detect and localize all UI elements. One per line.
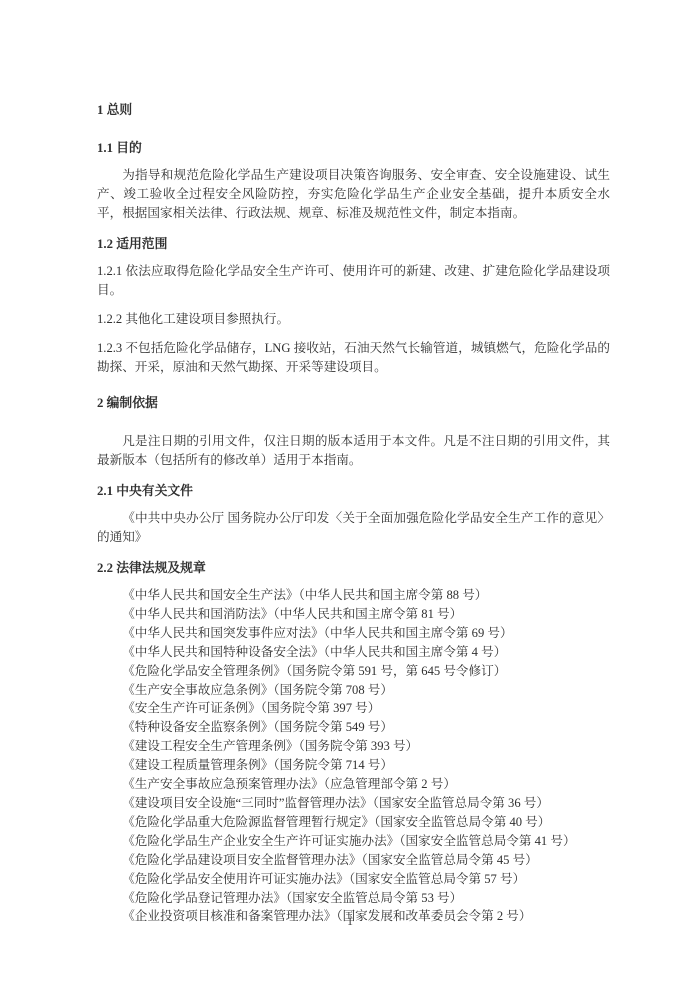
clause-1-2-1: 1.2.1 依法应取得危险化学品安全生产许可、使用许可的新建、改建、扩建危险化学… bbox=[97, 262, 610, 300]
clause-1-2-3: 1.2.3 不包括危险化学品储存，LNG 接收站，石油天然气长输管道，城镇燃气，… bbox=[97, 339, 610, 377]
clause-1-2-2: 1.2.2 其他化工建设项目参照执行。 bbox=[97, 310, 610, 329]
law-item: 《中华人民共和国消防法》（中华人民共和国主席令第 81 号） bbox=[97, 605, 610, 624]
law-item: 《生产安全事故应急条例》（国务院令第 708 号） bbox=[97, 681, 610, 700]
law-reference-list: 《中华人民共和国安全生产法》（中华人民共和国主席令第 88 号） 《中华人民共和… bbox=[97, 586, 610, 926]
law-item: 《危险化学品安全使用许可证实施办法》（国家安全监管总局令第 57 号） bbox=[97, 870, 610, 889]
section-2-2-heading: 2.2 法律法规及规章 bbox=[97, 559, 610, 578]
law-item: 《中华人民共和国突发事件应对法》（中华人民共和国主席令第 69 号） bbox=[97, 624, 610, 643]
law-item: 《建设工程质量管理条例》（国务院令第 714 号） bbox=[97, 756, 610, 775]
section-2-intro-paragraph: 凡是注日期的引用文件，仅注日期的版本适用于本文件。凡是不注日期的引用文件，其最新… bbox=[97, 432, 610, 470]
law-item: 《建设项目安全设施“三同时”监督管理办法》（国家安全监管总局令第 36 号） bbox=[97, 794, 610, 813]
section-1-1-paragraph: 为指导和规范危险化学品生产建设项目决策咨询服务、安全审查、安全设施建设、试生产、… bbox=[97, 166, 610, 223]
section-2-1-heading: 2.1 中央有关文件 bbox=[97, 482, 610, 501]
law-item: 《中华人民共和国特种设备安全法》（中华人民共和国主席令第 4 号） bbox=[97, 643, 610, 662]
law-item: 《危险化学品登记管理办法》（国家安全监管总局令第 53 号） bbox=[97, 889, 610, 908]
document-page: 1 总则 1.1 目的 为指导和规范危险化学品生产建设项目决策咨询服务、安全审查… bbox=[0, 0, 700, 989]
law-item: 《建设工程安全生产管理条例》（国务院令第 393 号） bbox=[97, 737, 610, 756]
section-1-1-heading: 1.1 目的 bbox=[97, 139, 610, 158]
law-item: 《中华人民共和国安全生产法》（中华人民共和国主席令第 88 号） bbox=[97, 586, 610, 605]
law-item: 《危险化学品重大危险源监督管理暂行规定》（国家安全监管总局令第 40 号） bbox=[97, 813, 610, 832]
law-item: 《生产安全事故应急预案管理办法》（应急管理部令第 2 号） bbox=[97, 775, 610, 794]
law-item: 《危险化学品建设项目安全监督管理办法》（国家安全监管总局令第 45 号） bbox=[97, 851, 610, 870]
law-item: 《危险化学品生产企业安全生产许可证实施办法》（国家安全监管总局令第 41 号） bbox=[97, 832, 610, 851]
page-number: 1 bbox=[0, 912, 700, 931]
section-1-heading: 1 总则 bbox=[97, 101, 610, 120]
law-item: 《安全生产许可证条例》（国务院令第 397 号） bbox=[97, 699, 610, 718]
law-item: 《危险化学品安全管理条例》（国务院令第 591 号，第 645 号令修订） bbox=[97, 662, 610, 681]
section-1-2-heading: 1.2 适用范围 bbox=[97, 235, 610, 254]
law-item: 《特种设备安全监察条例》（国务院令第 549 号） bbox=[97, 718, 610, 737]
section-2-heading: 2 编制依据 bbox=[97, 394, 610, 413]
section-2-1-paragraph: 《中共中央办公厅 国务院办公厅印发〈关于全面加强危险化学品安全生产工作的意见〉的… bbox=[97, 509, 610, 547]
